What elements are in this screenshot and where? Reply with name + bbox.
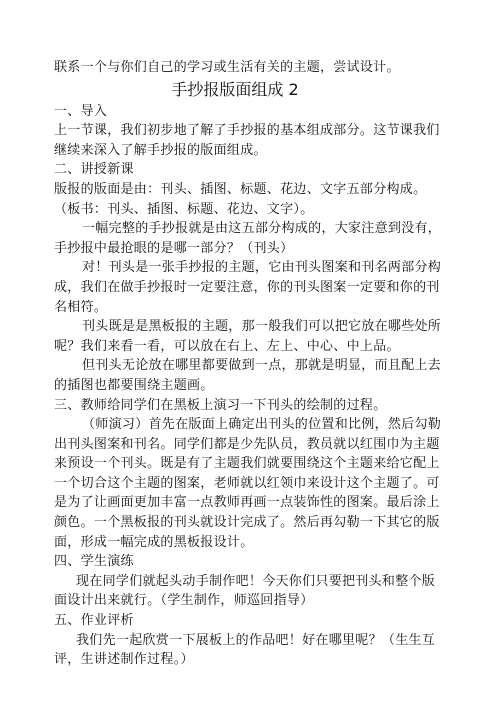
paragraph-line: 是为了让画面更加丰富一点教师再画一点装饰性的图案。最后涂上 <box>54 493 404 513</box>
section-heading: 四、学生演练 <box>54 552 404 572</box>
paragraph-line: 一幅完整的手抄报就是由这五部分构成的，大家注意到没有， <box>54 219 404 239</box>
document-page: 联系一个与你们自己的学习或生活有关的主题，尝试设计。 手抄报版面组成 2 一、导… <box>54 58 404 670</box>
paragraph-line: 上一节课，我们初步地了解了手抄报的基本组成部分。这节课我们 <box>54 121 404 141</box>
paragraph-line: 手抄报中最抢眼的是哪一部分？（刊头） <box>54 239 404 259</box>
section-heading: 五、作业评析 <box>54 611 404 631</box>
document-body: 一、导入上一节课，我们初步地了解了手抄报的基本组成部分。这节课我们继续来深入了解… <box>54 102 404 670</box>
paragraph-line: 成，我们在做手抄报时一定要注意，你的刊头图案一定要和你的刊 <box>54 278 404 298</box>
paragraph-line: 颜色。一个黑板报的刊头就设计完成了。然后再勾勒一下其它的版 <box>54 513 404 533</box>
paragraph-line: 现在同学们就起头动手制作吧！今天你们只要把刊头和整个版 <box>54 572 404 592</box>
paragraph-line: 一个切合这个主题的图案，老师就以红领巾来设计这个主题了。可 <box>54 474 404 494</box>
paragraph-line: 面设计出来就行。（学生制作，师巡回指导） <box>54 591 404 611</box>
paragraph-line: 的插图也都要围绕主题画。 <box>54 376 404 396</box>
paragraph-line: 版报的版面是由：刊头、插图、标题、花边、文字五部分构成。 <box>54 180 404 200</box>
paragraph-line: 我们先一起欣赏一下展板上的作品吧！好在哪里呢？（生生互 <box>54 631 404 651</box>
paragraph-line: 出刊头图案和刊名。同学们都是少先队员，教员就以红围巾为主题 <box>54 435 404 455</box>
intro-line: 联系一个与你们自己的学习或生活有关的主题，尝试设计。 <box>54 58 404 78</box>
paragraph-line: （师演习）首先在版面上确定出刊头的位置和比例，然后勾勒 <box>54 415 404 435</box>
paragraph-line: 来预设一个刊头。既是有了主题我们就要围绕这个主题来给它配上 <box>54 454 404 474</box>
paragraph-line: 呢？我们来看一看，可以放在右上、左上、中心、中上品。 <box>54 337 404 357</box>
paragraph-line: 评，生讲述制作过程。） <box>54 650 404 670</box>
section-heading: 三、教师给同学们在黑板上演习一下刊头的绘制的过程。 <box>54 396 404 416</box>
paragraph-line: 对！刊头是一张手抄报的主题，它由刊头图案和刊名两部分构 <box>54 258 404 278</box>
section-heading: 一、导入 <box>54 102 404 122</box>
paragraph-line: 但刊头无论放在哪里都要做到一点，那就是明显，而且配上去 <box>54 356 404 376</box>
paragraph-line: 面，形成一幅完成的黑板报设计。 <box>54 533 404 553</box>
paragraph-line: 继续来深入了解手抄报的版面组成。 <box>54 141 404 161</box>
paragraph-line: 刊头既是是黑板报的主题，那一般我们可以把它放在哪些处所 <box>54 317 404 337</box>
section-heading: 二、讲授新课 <box>54 160 404 180</box>
document-title: 手抄报版面组成 2 <box>54 78 410 102</box>
paragraph-line: （板书：刊头、插图、标题、花边、文字）。 <box>54 200 404 220</box>
paragraph-line: 名相符。 <box>54 298 404 318</box>
